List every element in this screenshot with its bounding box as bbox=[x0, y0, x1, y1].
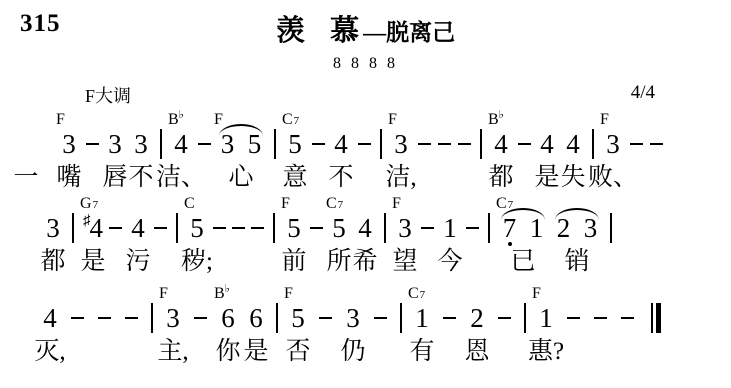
note-row: 4 bbox=[488, 129, 514, 159]
duration-dash-cell bbox=[454, 110, 474, 192]
chord-row: F bbox=[392, 194, 418, 213]
duration-dash-cell bbox=[308, 110, 328, 192]
note-row bbox=[514, 129, 534, 159]
chord-row bbox=[154, 110, 168, 129]
barline bbox=[380, 129, 382, 159]
chord-row bbox=[106, 194, 125, 213]
chord-row: C7 bbox=[326, 194, 352, 213]
duration-dash bbox=[498, 317, 511, 320]
chord-root: B bbox=[214, 285, 225, 302]
chord-root: F bbox=[159, 285, 168, 302]
note-row bbox=[194, 129, 214, 159]
chord-row: B♭ bbox=[168, 110, 194, 129]
note-row: 71 bbox=[496, 213, 550, 243]
barline bbox=[176, 213, 178, 243]
barline bbox=[384, 213, 386, 243]
note-digit: 1 bbox=[415, 303, 429, 333]
lyric-syllable: 嘴 bbox=[56, 164, 81, 192]
duration-dash-cell bbox=[106, 194, 125, 276]
duration-dash bbox=[418, 143, 431, 146]
barline-cell bbox=[474, 110, 488, 192]
chord-symbol: F bbox=[159, 285, 168, 302]
note-cell: 3不 bbox=[128, 110, 154, 192]
barline-cell bbox=[378, 194, 392, 276]
note-cell: B♭6你 bbox=[214, 284, 242, 366]
duration-dash bbox=[86, 143, 99, 146]
chord-row bbox=[586, 110, 600, 129]
note-digit: 5 bbox=[332, 213, 346, 243]
barline bbox=[274, 129, 276, 159]
note-row bbox=[474, 129, 488, 159]
music-system-3: 4灭,F3主,B♭6你6是F5否3仍C71有2恩F1惠? bbox=[36, 284, 671, 366]
note-digit: 2 bbox=[470, 303, 484, 333]
chord-symbol: B♭ bbox=[168, 111, 184, 128]
note-row: 5 bbox=[326, 213, 352, 243]
duration-dash-cell bbox=[436, 284, 463, 366]
note-digit: 1 bbox=[539, 303, 553, 333]
note-row bbox=[646, 129, 666, 159]
chord-row bbox=[145, 284, 159, 303]
duration-dash bbox=[154, 227, 167, 230]
chord-row bbox=[268, 110, 282, 129]
chord-row bbox=[482, 194, 496, 213]
chord-row bbox=[352, 194, 378, 213]
note-row bbox=[268, 129, 282, 159]
note-digit: 3 bbox=[62, 129, 76, 159]
note-row bbox=[12, 129, 40, 159]
note-digit: 4 bbox=[43, 303, 57, 333]
note-row bbox=[118, 303, 145, 333]
note-row bbox=[434, 129, 454, 159]
note-cell: C75意 bbox=[282, 110, 308, 192]
note-row: ♯4 bbox=[80, 213, 106, 243]
slurred-notes: 23 bbox=[550, 213, 604, 243]
note-digit: 4 bbox=[131, 213, 145, 243]
note-row bbox=[626, 129, 646, 159]
duration-dash bbox=[358, 143, 371, 146]
duration-dash-cell bbox=[151, 194, 170, 276]
note-digit: 4 bbox=[90, 213, 104, 243]
note-row bbox=[518, 303, 532, 333]
note-digit: 3 bbox=[108, 129, 122, 159]
chord-row bbox=[12, 110, 40, 129]
chord-row bbox=[641, 284, 671, 303]
duration-dash-cell bbox=[418, 194, 437, 276]
verse-number: 一 bbox=[13, 164, 38, 192]
duration-dash-cell bbox=[210, 194, 229, 276]
note-row bbox=[151, 213, 170, 243]
note-row bbox=[367, 303, 394, 333]
duration-dash-cell bbox=[367, 284, 394, 366]
note-row bbox=[418, 213, 437, 243]
barline bbox=[160, 129, 162, 159]
note-row bbox=[604, 213, 618, 243]
duration-dash bbox=[319, 317, 332, 320]
chord-symbol: F bbox=[281, 195, 290, 212]
note-cell: 3唇 bbox=[102, 110, 128, 192]
chord-symbol: F bbox=[600, 111, 609, 128]
note-cell: 4失 bbox=[560, 110, 586, 192]
duration-dash bbox=[466, 227, 479, 230]
note-cell: F5前 bbox=[281, 194, 307, 276]
chord-row: F bbox=[159, 284, 187, 303]
barline bbox=[72, 213, 74, 243]
lyric-syllable: 惠? bbox=[528, 338, 564, 366]
chord-symbol: F bbox=[56, 111, 65, 128]
note-row bbox=[82, 129, 102, 159]
chord-row bbox=[518, 284, 532, 303]
chord-row: F bbox=[600, 110, 626, 129]
chord-row: F bbox=[388, 110, 414, 129]
chord-row bbox=[436, 284, 463, 303]
duration-dash-cell bbox=[229, 194, 248, 276]
note-row bbox=[560, 303, 587, 333]
note-row: 3 bbox=[56, 129, 82, 159]
note-row bbox=[64, 303, 91, 333]
note-row: 6 bbox=[214, 303, 242, 333]
note-row: 3 bbox=[392, 213, 418, 243]
duration-dash-cell bbox=[587, 284, 614, 366]
title-row: 羡 慕—脱离己 bbox=[0, 8, 731, 49]
chord-symbol: F bbox=[388, 111, 397, 128]
lyric-syllable: 今 bbox=[437, 248, 462, 276]
note-row bbox=[354, 129, 374, 159]
lyric-syllable: 污 bbox=[125, 248, 150, 276]
note-row: 3 bbox=[339, 303, 367, 333]
chord-row bbox=[125, 194, 151, 213]
note-digit: 4 bbox=[358, 213, 372, 243]
note-row bbox=[106, 213, 125, 243]
duration-dash bbox=[194, 317, 207, 320]
note-row bbox=[145, 303, 159, 333]
chord-row: F bbox=[532, 284, 560, 303]
note-row bbox=[170, 213, 184, 243]
note-row: 35 bbox=[214, 129, 268, 159]
duration-dash bbox=[251, 227, 264, 230]
duration-dash-cell bbox=[248, 194, 267, 276]
duration-dash-cell bbox=[626, 110, 646, 192]
barline-cell bbox=[268, 110, 282, 192]
note-cell: F5否 bbox=[284, 284, 312, 366]
lyric-syllable: 唇 bbox=[102, 164, 127, 192]
chord-root: C bbox=[408, 285, 419, 302]
final-barline bbox=[651, 303, 661, 333]
note-row bbox=[248, 213, 267, 243]
duration-dash-cell bbox=[414, 110, 434, 192]
chord-seventh: 7 bbox=[420, 289, 426, 301]
lyric-syllable: 灭, bbox=[34, 338, 65, 366]
note-row: 1 bbox=[532, 303, 560, 333]
octave-dot-low bbox=[508, 242, 512, 246]
note-row bbox=[454, 129, 474, 159]
duration-dash bbox=[443, 317, 456, 320]
note-cell: F3望 bbox=[392, 194, 418, 276]
barline bbox=[488, 213, 490, 243]
note-cell: 6是 bbox=[242, 284, 270, 366]
note-row bbox=[267, 213, 281, 243]
note-row bbox=[414, 129, 434, 159]
duration-dash bbox=[109, 227, 122, 230]
chord-row bbox=[64, 284, 91, 303]
chord-row bbox=[307, 194, 326, 213]
chord-row bbox=[614, 284, 641, 303]
slurred-notes: 71 bbox=[496, 213, 550, 243]
duration-dash-cell bbox=[514, 110, 534, 192]
barline-cell bbox=[270, 284, 284, 366]
chord-row bbox=[626, 110, 646, 129]
chord-row: F bbox=[56, 110, 82, 129]
note-cell: 3都 bbox=[40, 194, 66, 276]
chord-symbol: C7 bbox=[282, 111, 299, 128]
duration-dash-cell bbox=[82, 110, 102, 192]
note-row: 4 bbox=[36, 303, 64, 333]
note-digit: 3 bbox=[46, 213, 60, 243]
hymnal-page: 315 羡 慕—脱离己 8 8 8 8 F大调 4/4 一F3嘴3唇3不B♭4洁… bbox=[0, 0, 731, 388]
note-row bbox=[308, 129, 328, 159]
duration-dash bbox=[621, 317, 634, 320]
lyric-syllable: 希 bbox=[352, 248, 377, 276]
chord-root: F bbox=[388, 111, 397, 128]
chord-root: C bbox=[326, 195, 337, 212]
chord-symbol: F bbox=[284, 285, 293, 302]
chord-row bbox=[328, 110, 354, 129]
chord-row bbox=[308, 110, 328, 129]
note-cell: G7♯4是 bbox=[80, 194, 106, 276]
chord-row bbox=[437, 194, 463, 213]
chord-root: C bbox=[184, 195, 195, 212]
duration-dash bbox=[71, 317, 84, 320]
lyric-syllable: 秽; bbox=[181, 248, 213, 276]
chord-row bbox=[248, 194, 267, 213]
note-cell: C5秽; bbox=[184, 194, 210, 276]
chord-row bbox=[463, 194, 482, 213]
duration-dash bbox=[213, 227, 226, 230]
note-row bbox=[482, 213, 496, 243]
duration-dash-cell bbox=[194, 110, 214, 192]
lyric-syllable: 意 bbox=[282, 164, 307, 192]
meter-indicator: 8 8 8 8 bbox=[0, 55, 731, 73]
note-row bbox=[641, 303, 671, 333]
chord-row bbox=[514, 110, 534, 129]
duration-dash bbox=[421, 227, 434, 230]
chord-row bbox=[354, 110, 374, 129]
note-row bbox=[436, 303, 463, 333]
note-row bbox=[312, 303, 339, 333]
chord-row bbox=[187, 284, 214, 303]
chord-row bbox=[534, 110, 560, 129]
lyric-syllable: 有 bbox=[409, 338, 434, 366]
note-row: 5 bbox=[281, 213, 307, 243]
chord-seventh: 7 bbox=[294, 115, 300, 127]
note-digit: 6 bbox=[249, 303, 263, 333]
chord-symbol: F bbox=[392, 195, 401, 212]
verse-number-cell: 一 bbox=[12, 110, 40, 192]
note-digit: 4 bbox=[494, 129, 508, 159]
note-row: 3 bbox=[40, 213, 66, 243]
chord-row bbox=[128, 110, 154, 129]
chord-row bbox=[267, 194, 281, 213]
duration-dash-cell bbox=[307, 194, 326, 276]
note-cell: 3仍 bbox=[339, 284, 367, 366]
note-row bbox=[270, 303, 284, 333]
chord-row bbox=[82, 110, 102, 129]
note-digit: 7 bbox=[496, 213, 523, 243]
duration-dash-cell bbox=[312, 284, 339, 366]
duration-dash bbox=[458, 143, 471, 146]
note-digit: 3 bbox=[577, 213, 604, 243]
flat-icon: ♭ bbox=[225, 283, 230, 295]
duration-dash bbox=[310, 227, 323, 230]
chord-root: B bbox=[488, 111, 499, 128]
chord-seventh: 7 bbox=[93, 199, 99, 211]
slurred-notes: 35 bbox=[214, 129, 268, 159]
duration-dash bbox=[198, 143, 211, 146]
chord-symbol: C7 bbox=[408, 285, 425, 302]
chord-row: C bbox=[184, 194, 210, 213]
barline bbox=[400, 303, 402, 333]
chord-symbol: C bbox=[184, 195, 195, 212]
note-row: 3 bbox=[128, 129, 154, 159]
barline bbox=[524, 303, 526, 333]
note-row: 5 bbox=[282, 129, 308, 159]
note-cell: 1今 bbox=[437, 194, 463, 276]
lyric-syllable: 前 bbox=[281, 248, 306, 276]
chord-row: C7 bbox=[282, 110, 308, 129]
slur-group-cell: 23销 bbox=[550, 194, 604, 276]
note-row: 4 bbox=[352, 213, 378, 243]
duration-dash bbox=[650, 143, 663, 146]
lyric-syllable: 已 bbox=[510, 248, 535, 276]
lyric-syllable: 是 bbox=[534, 164, 559, 192]
chord-symbol: B♭ bbox=[488, 111, 504, 128]
duration-dash bbox=[518, 143, 531, 146]
key-signature: F大调 bbox=[85, 82, 131, 108]
barline-cell bbox=[66, 194, 80, 276]
chord-row bbox=[454, 110, 474, 129]
chord-row: F bbox=[284, 284, 312, 303]
chord-row bbox=[374, 110, 388, 129]
lyric-syllable: 销 bbox=[564, 248, 589, 276]
lyric-syllable: 是 bbox=[243, 338, 268, 366]
note-cell: F3嘴 bbox=[56, 110, 82, 192]
lyric-syllable: 都 bbox=[488, 164, 513, 192]
note-digit: 3 bbox=[606, 129, 620, 159]
note-row: 4 bbox=[560, 129, 586, 159]
duration-dash bbox=[438, 143, 451, 146]
slur-group-cell: F35心 bbox=[214, 110, 268, 192]
duration-dash bbox=[98, 317, 111, 320]
flat-icon: ♭ bbox=[179, 109, 184, 121]
note-cell: 4灭, bbox=[36, 284, 64, 366]
note-row bbox=[187, 303, 214, 333]
chord-root: F bbox=[56, 111, 65, 128]
note-cell: 2恩 bbox=[463, 284, 491, 366]
note-cell: 4是 bbox=[534, 110, 560, 192]
duration-dash-cell bbox=[434, 110, 454, 192]
chord-root: F bbox=[600, 111, 609, 128]
note-digit: 3 bbox=[394, 129, 408, 159]
lyric-syllable: 所 bbox=[326, 248, 351, 276]
chord-row bbox=[434, 110, 454, 129]
chord-row bbox=[66, 194, 80, 213]
hymn-title: 羡 慕 bbox=[276, 15, 361, 47]
note-digit: 5 bbox=[288, 129, 302, 159]
lyric-syllable: 仍 bbox=[340, 338, 365, 366]
lyric-syllable: 望 bbox=[392, 248, 417, 276]
chord-symbol: C7 bbox=[326, 195, 343, 212]
note-cell: B♭4洁、 bbox=[168, 110, 194, 192]
note-digit: 3 bbox=[134, 129, 148, 159]
chord-row bbox=[378, 194, 392, 213]
chord-row bbox=[151, 194, 170, 213]
chord-row bbox=[604, 194, 618, 213]
hymn-subtitle: —脱离己 bbox=[363, 20, 455, 45]
lyric-syllable: 主, bbox=[157, 338, 188, 366]
note-row: 4 bbox=[125, 213, 151, 243]
barline bbox=[273, 213, 275, 243]
music-system-1: 一F3嘴3唇3不B♭4洁、F35心C75意4不F3洁,B♭4都4是4失F3败、 bbox=[12, 110, 666, 192]
chord-row bbox=[414, 110, 434, 129]
duration-dash bbox=[312, 143, 325, 146]
chord-row bbox=[560, 110, 586, 129]
note-digit: 3 bbox=[346, 303, 360, 333]
note-digit: 5 bbox=[291, 303, 305, 333]
note-cell: 4希 bbox=[352, 194, 378, 276]
chord-row: F bbox=[281, 194, 307, 213]
final-barline-cell bbox=[641, 284, 671, 366]
chord-row bbox=[474, 110, 488, 129]
lyric-syllable: 否 bbox=[285, 338, 310, 366]
chord-root: F bbox=[214, 111, 223, 128]
note-row: 1 bbox=[408, 303, 436, 333]
slur-group-cell: C771已 bbox=[496, 194, 550, 276]
note-cell: F3主, bbox=[159, 284, 187, 366]
chord-row bbox=[463, 284, 491, 303]
lyric-syllable: 你 bbox=[215, 338, 240, 366]
chord-row: B♭ bbox=[488, 110, 514, 129]
duration-dash bbox=[630, 143, 643, 146]
chord-root: F bbox=[284, 285, 293, 302]
note-row: 4 bbox=[168, 129, 194, 159]
chord-row bbox=[210, 194, 229, 213]
note-cell: 4不 bbox=[328, 110, 354, 192]
note-row bbox=[394, 303, 408, 333]
barline bbox=[151, 303, 153, 333]
chord-row bbox=[194, 110, 214, 129]
note-row: 4 bbox=[328, 129, 354, 159]
note-row: 6 bbox=[242, 303, 270, 333]
final-barline-thin bbox=[651, 303, 653, 333]
chord-row: B♭ bbox=[214, 284, 242, 303]
chord-seventh: 7 bbox=[338, 199, 344, 211]
note-digit: 1 bbox=[523, 213, 550, 243]
barline-cell bbox=[604, 194, 618, 276]
duration-dash bbox=[374, 317, 387, 320]
chord-root: C bbox=[282, 111, 293, 128]
note-row bbox=[154, 129, 168, 159]
note-row: 23 bbox=[550, 213, 604, 243]
barline bbox=[592, 129, 594, 159]
note-digit: 5 bbox=[190, 213, 204, 243]
chord-root: F bbox=[281, 195, 290, 212]
note-digit: 3 bbox=[166, 303, 180, 333]
lyric-syllable: 洁, bbox=[385, 164, 416, 192]
note-cell: F3洁, bbox=[388, 110, 414, 192]
lyric-syllable: 不 bbox=[128, 164, 153, 192]
note-cell: B♭4都 bbox=[488, 110, 514, 192]
chord-row bbox=[339, 284, 367, 303]
note-row bbox=[307, 213, 326, 243]
